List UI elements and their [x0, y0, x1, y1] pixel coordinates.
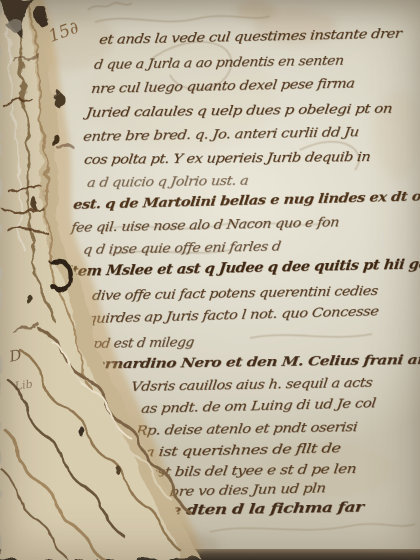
- grey-fragment: [6, 18, 22, 30]
- margin-liber-note: Lib: [14, 378, 34, 393]
- manuscript-page-photo: et ands la vede cul questimes instante d…: [0, 0, 420, 560]
- damaged-left-edge: [0, 0, 230, 560]
